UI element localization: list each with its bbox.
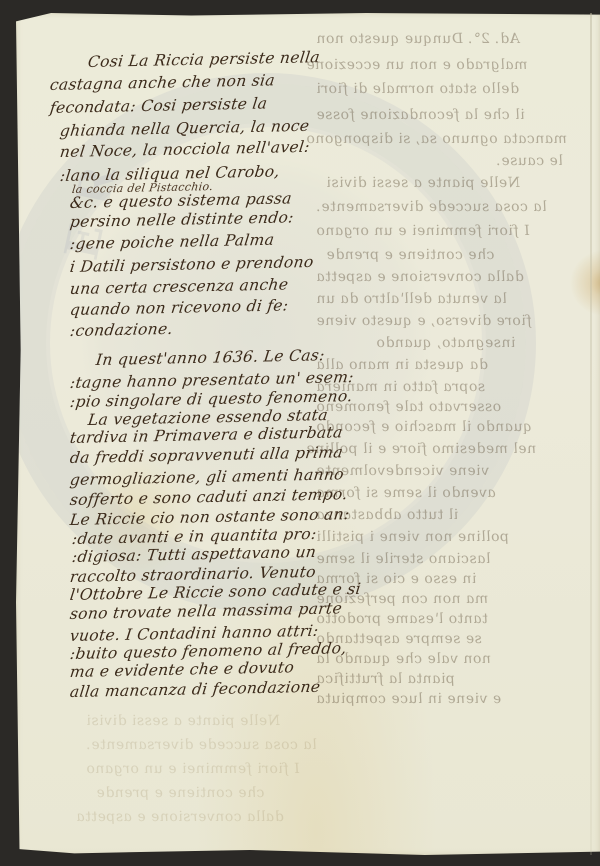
bleed-line: le cause. <box>495 153 564 169</box>
bleed-line-faint: la cosa succede diversamente. <box>85 737 318 753</box>
bleed-line: mancata ognuno sa, si dispongono <box>305 131 568 147</box>
bleed-line-faint: Nelle piante a sessi divisi <box>85 713 281 729</box>
bleed-line: il che la fecondazione fosse <box>315 107 526 123</box>
bleed-line-faint: che contiene e prende <box>95 785 266 801</box>
bleed-line: fiore diverso, e questo viene <box>315 313 533 329</box>
bleed-line: dello stato normale di fiori <box>315 81 520 97</box>
bleed-line-faint: I fiori femminei e un organo <box>85 761 301 777</box>
bleed-line: malgrado e non un eccezione <box>305 57 529 73</box>
bleed-line-faint: dalla conversione e aspetta <box>75 809 285 825</box>
page-edge-fold <box>590 13 592 855</box>
bleed-line: quando il maschio e fecondo <box>315 419 533 435</box>
bleed-line: polline non viene i pistilli <box>315 529 510 545</box>
text-line-31: alla mancanza di fecondazione <box>69 678 322 701</box>
manuscript-sheet: E R Ad. 2°. Dunque questo non malgrado e… <box>16 13 600 855</box>
bleed-line: Ad. 2°. Dunque questo non <box>315 31 521 47</box>
text-line-1: Cosi La Riccia persiste nella <box>87 48 321 71</box>
bleed-line: lasciano sterile il seme <box>315 551 492 567</box>
text-line-13: :condazione. <box>69 320 174 340</box>
bleed-line: pianta la fruttifica <box>315 671 456 687</box>
bleed-line: Nelle piante a sessi divisi <box>325 175 521 191</box>
bleed-line: che contiene e prende <box>325 247 496 263</box>
bleed-line: la cosa succede diversamente. <box>315 199 548 215</box>
bleed-line: dalla conversione e aspetta <box>315 269 525 285</box>
bleed-line: la venuta dell'altro da un <box>315 291 508 307</box>
bleed-line: e viene in luce compiuta <box>315 691 502 707</box>
scan-frame: E R Ad. 2°. Dunque questo non malgrado e… <box>0 0 600 866</box>
text-line-30: ma e evidente che e dovuto <box>69 658 295 681</box>
bleed-line: insegnato, quando <box>375 335 517 351</box>
bleed-line: I fiori femminei e un organo <box>315 223 531 239</box>
